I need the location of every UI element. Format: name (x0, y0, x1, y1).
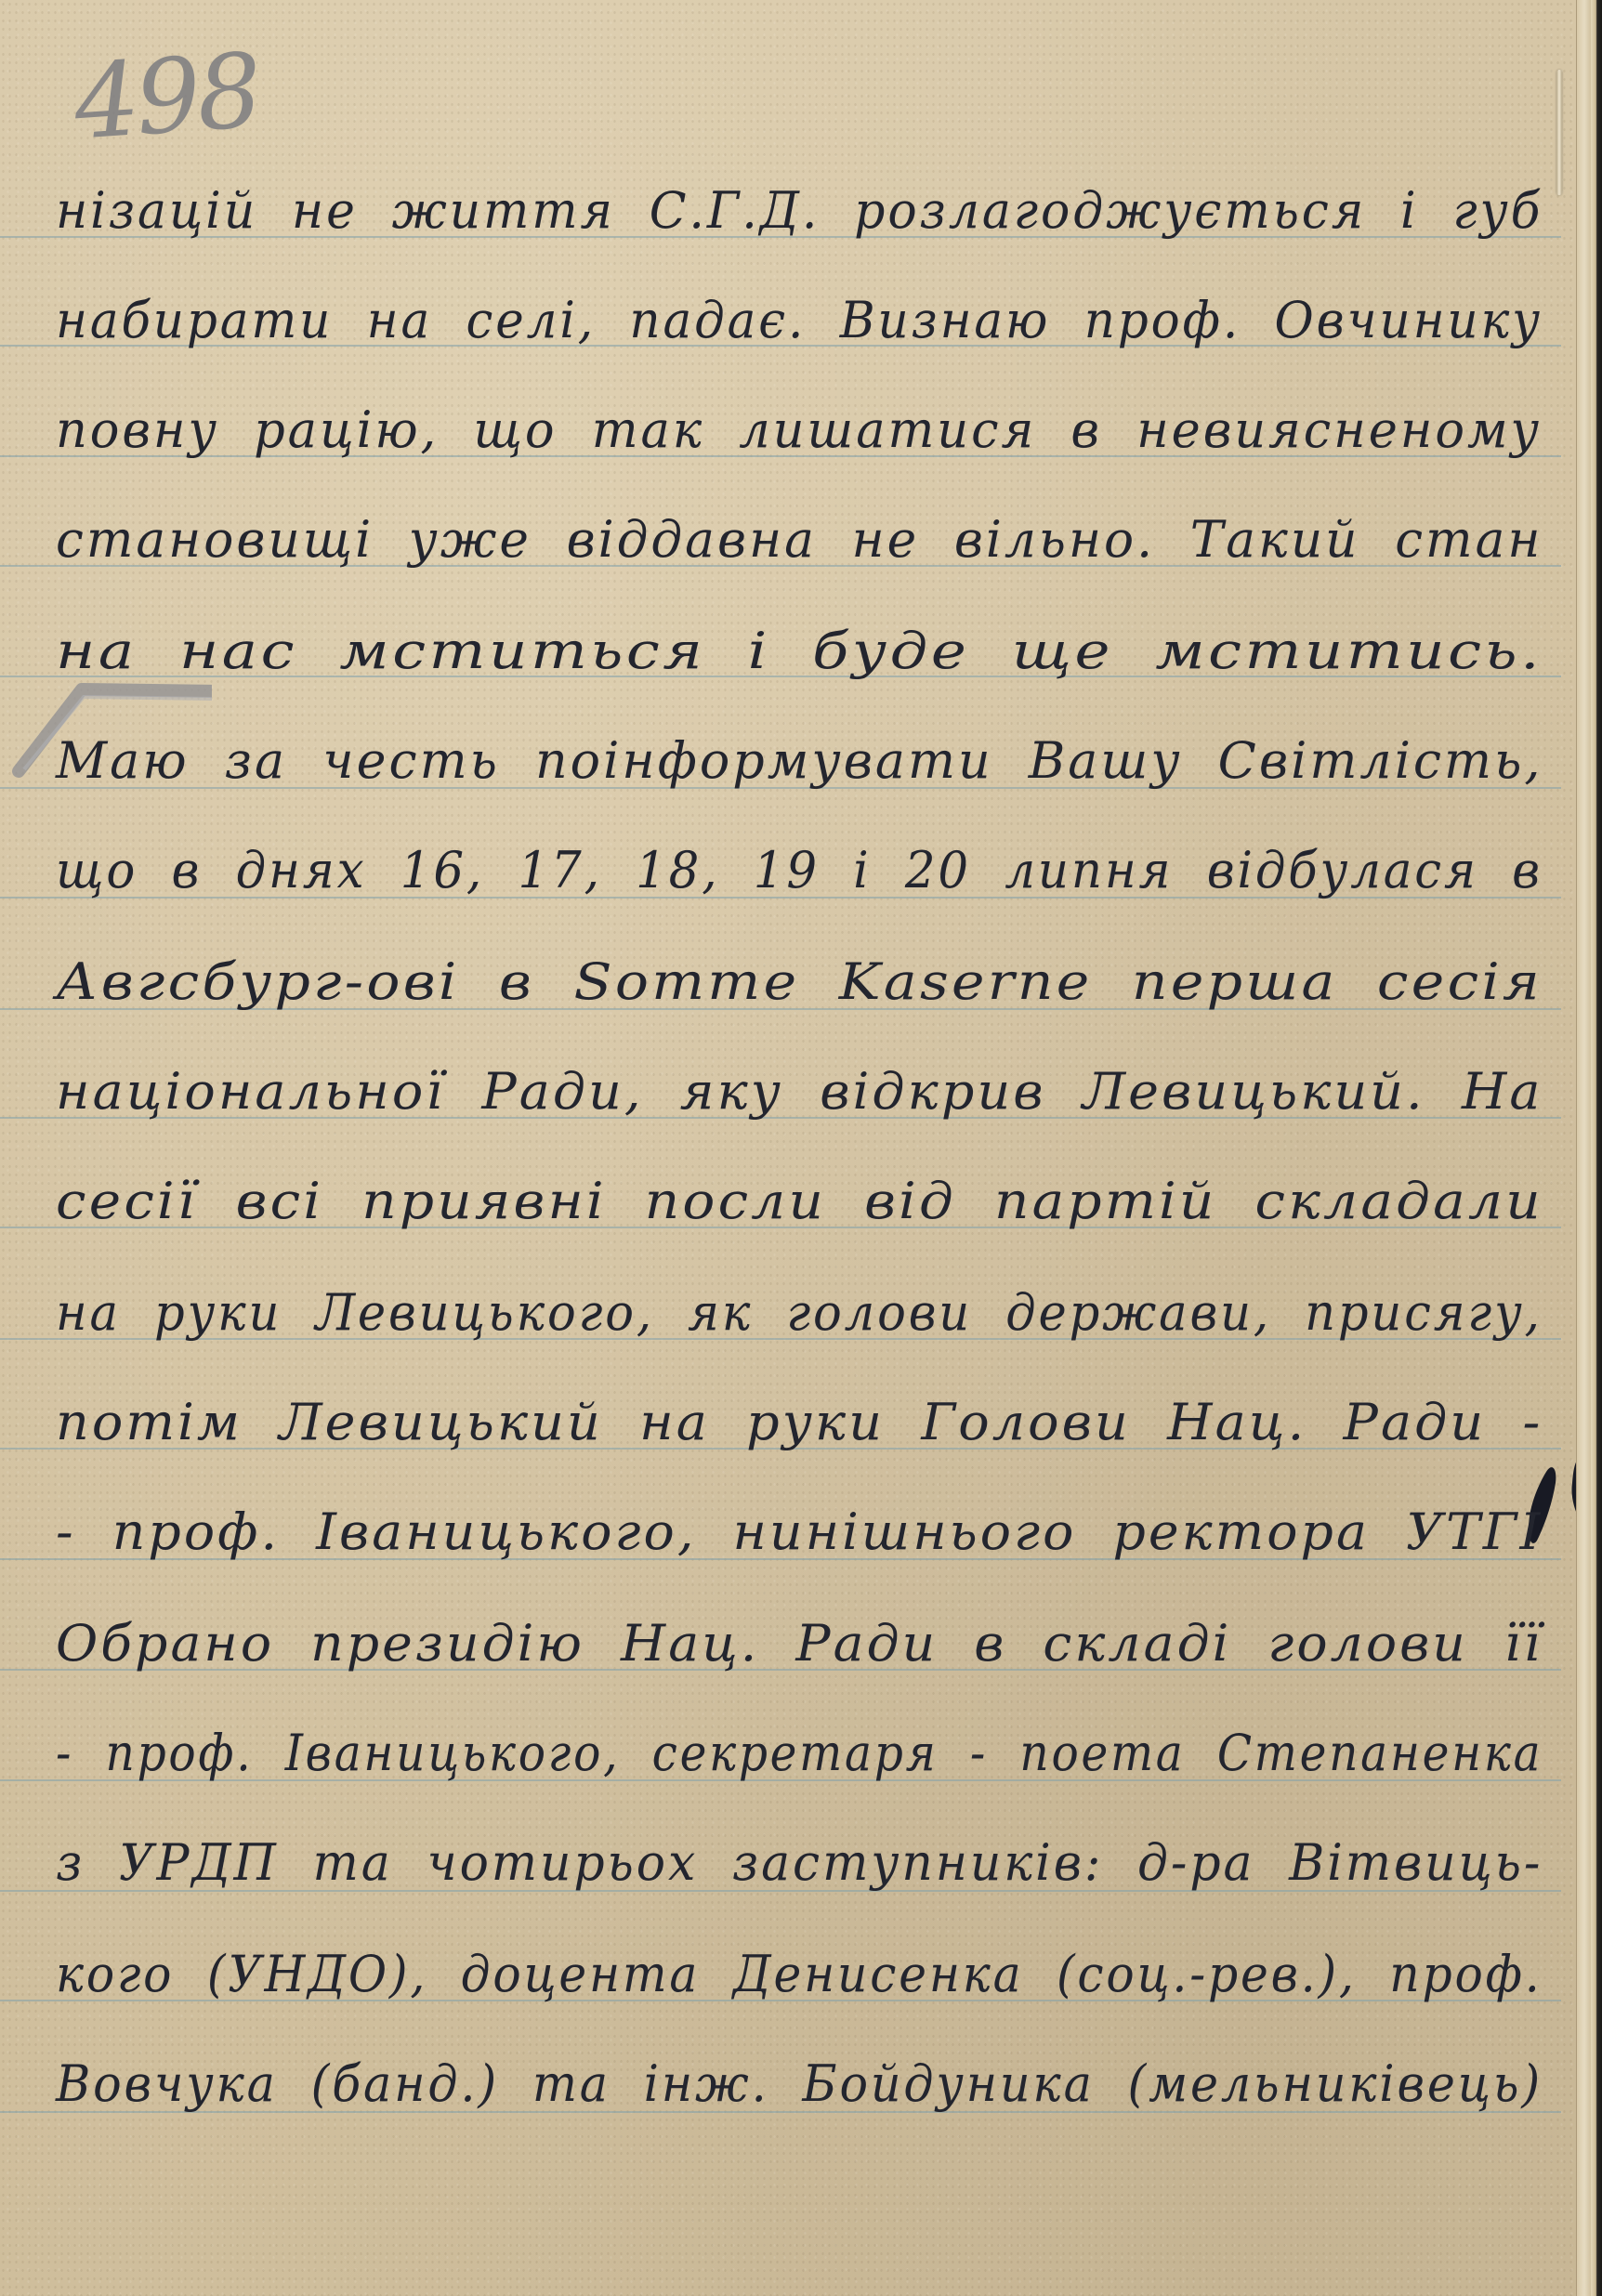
manuscript-line: національної Ради, яку відкрив Левицький… (56, 1067, 1543, 1117)
manuscript-line: становищі уже віддавна не вільно. Такий … (56, 515, 1543, 565)
manuscript-line: Маю за честь поінформувати Вашу Світліст… (56, 736, 1543, 786)
manuscript-line: кого (УНДО), доцента Денисенка (соц.-рев… (56, 1949, 1543, 2000)
manuscript-line: Вовчука (банд.) та інж. Бойдуника (мельн… (56, 2059, 1543, 2109)
manuscript-line: - проф. Іваницького, нинішнього ректора … (56, 1507, 1543, 1557)
manuscript-line: сесії всі приявні посли від партій склад… (56, 1176, 1543, 1227)
manuscript-line: на руки Левицького, як голови держави, п… (56, 1288, 1543, 1338)
manuscript-line: на нас мститься і буде ще мститись. (56, 626, 1543, 676)
staple-mark (1556, 70, 1562, 195)
manuscript-line: Обрано президію Нац. Ради в складі голов… (56, 1619, 1543, 1669)
manuscript-line: набирати на селі, падає. Визнаю проф. Ов… (56, 295, 1543, 346)
manuscript-page: 498 нізацій не життя С.Г.Д. розлагоджуєт… (0, 0, 1591, 2296)
manuscript-line: що в днях 16, 17, 18, 19 і 20 липня відб… (56, 846, 1543, 896)
folio-number: 498 (71, 31, 262, 162)
manuscript-line: з УРДП та чотирьох заступників: д-ра Віт… (56, 1838, 1543, 1888)
manuscript-line: потім Левицький на руки Голови Нац. Ради… (56, 1397, 1543, 1448)
notebook-binding (1591, 0, 1602, 2296)
manuscript-line: нізацій не життя С.Г.Д. розлагоджується … (56, 186, 1543, 236)
manuscript-line: повну рацію, що так лишатися в невияснен… (56, 405, 1542, 455)
page-edge (1576, 0, 1591, 2296)
manuscript-line: - проф. Іваницького, секретаря - поета С… (56, 1728, 1543, 1778)
manuscript-line: Авгсбург-ові в Sommе Kaserne перша сесія (56, 957, 1543, 1007)
